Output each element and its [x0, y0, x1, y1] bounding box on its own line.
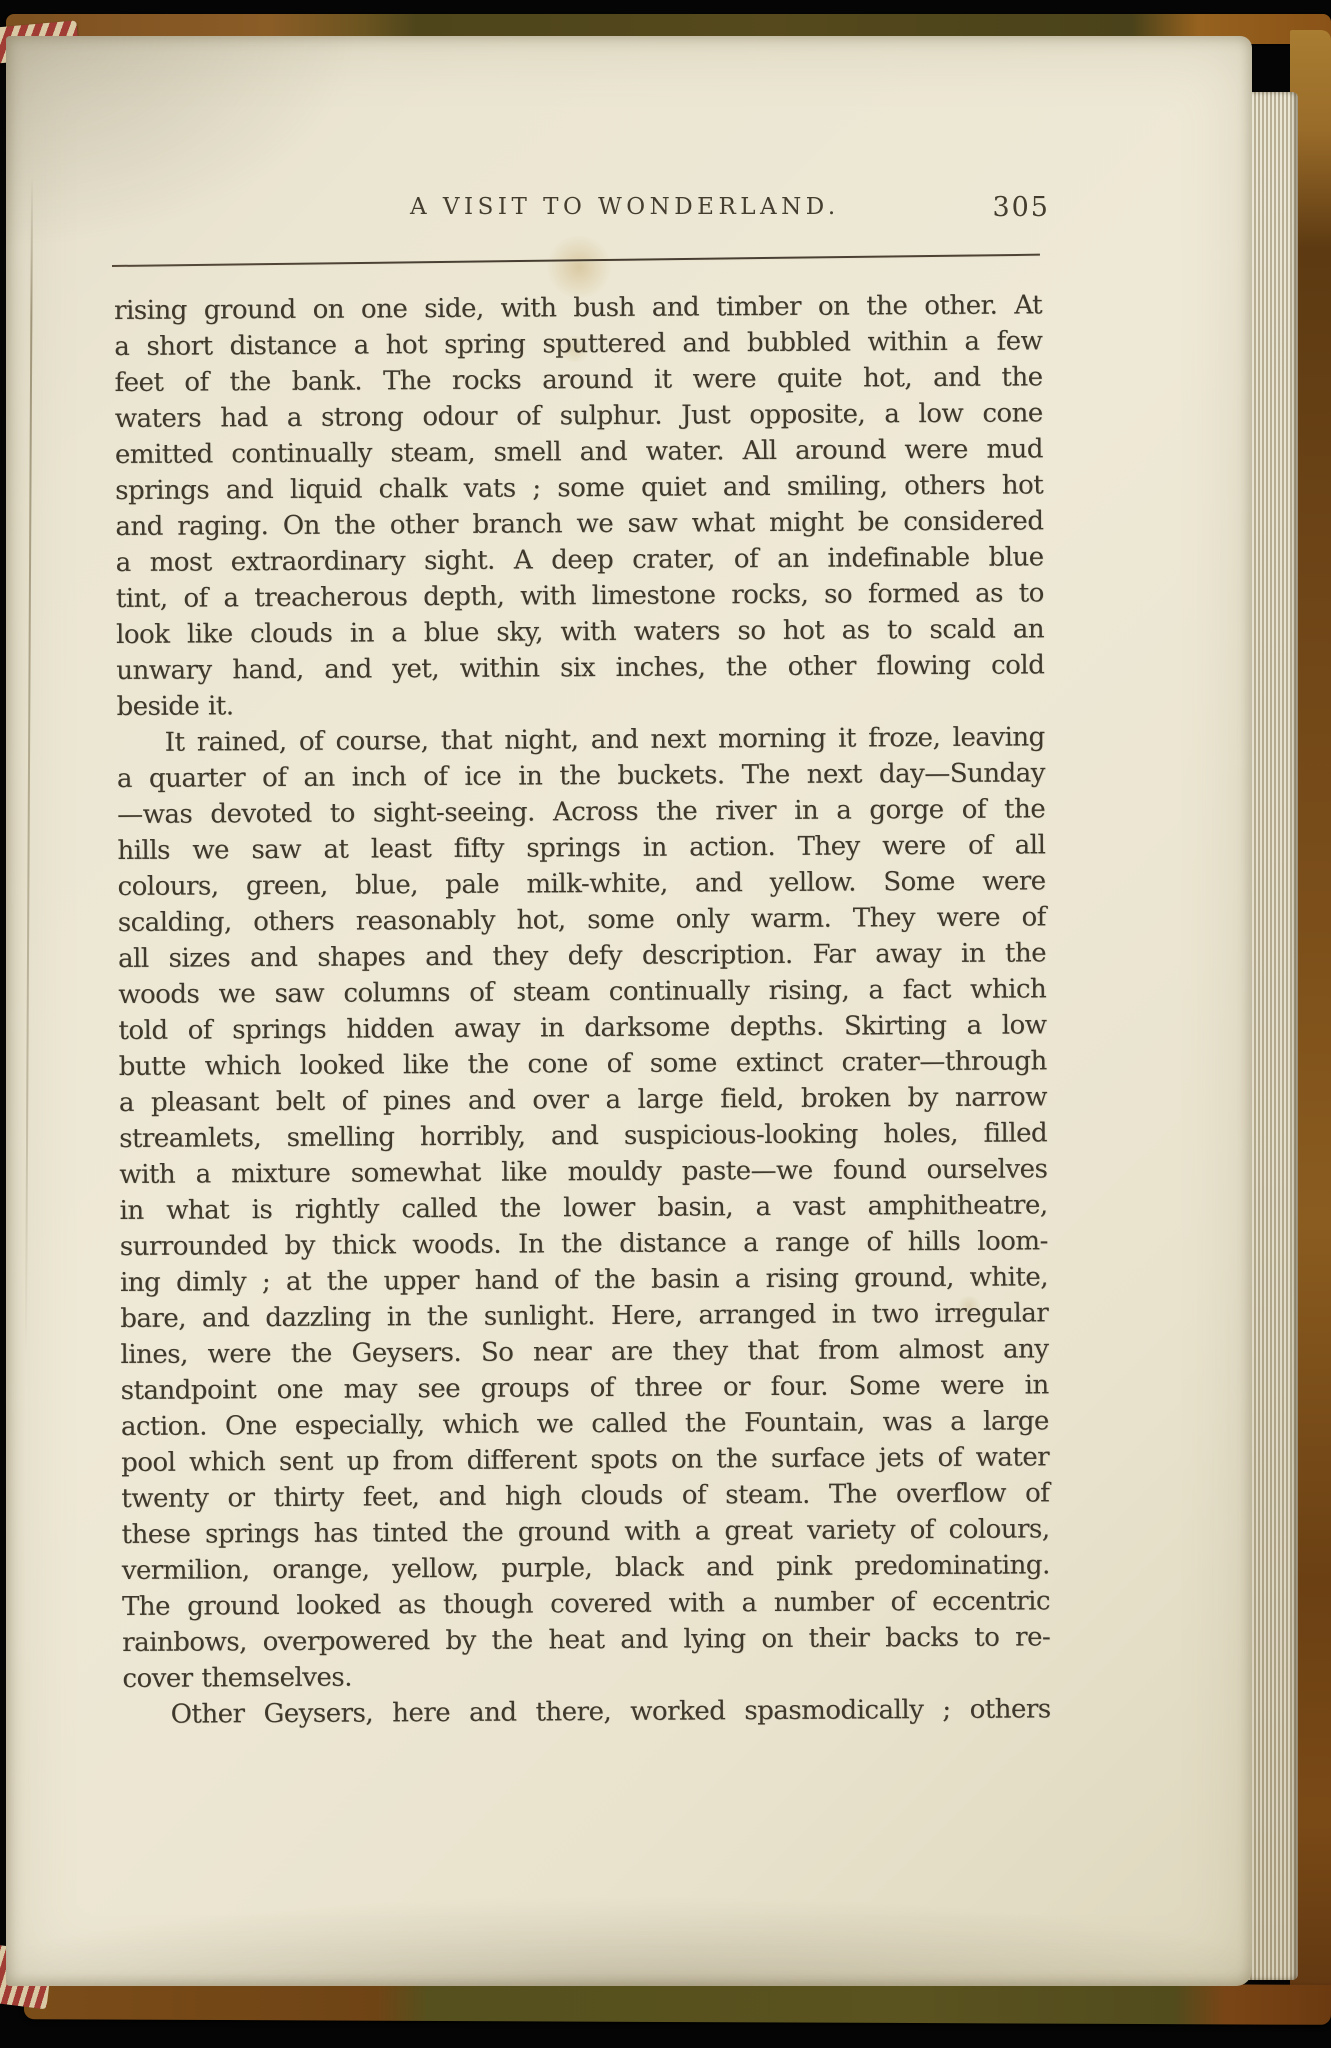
- body-text-line: lines, were the Geysers. So near are the…: [120, 1331, 1048, 1373]
- body-text-line: feet of the bank. The rocks around it we…: [114, 359, 1042, 401]
- book-page: A VISIT TO WONDERLAND. 305 rising ground…: [6, 36, 1252, 1986]
- body-text-line: a short distance a hot spring sputtered …: [114, 323, 1042, 365]
- body-text-line: a pleasant belt of pines and over a larg…: [119, 1079, 1047, 1121]
- page-body-text: rising ground on one side, with bush and…: [114, 287, 1051, 1733]
- body-text-line: scalding, others reasonably hot, some on…: [118, 899, 1046, 941]
- body-text-line: a most extraordinary sight. A deep crate…: [116, 539, 1044, 581]
- body-text-line: cover themselves.: [122, 1655, 1050, 1697]
- body-text-line: waters had a strong odour of sulphur. Ju…: [115, 395, 1043, 437]
- body-text-line: action. One especially, which we called …: [121, 1403, 1049, 1445]
- body-text-line: springs and liquid chalk vats ; some qui…: [115, 467, 1043, 509]
- body-text-line: tint, of a treacherous depth, with limes…: [116, 575, 1044, 617]
- body-text-line: in what is rightly called the lower basi…: [119, 1187, 1047, 1229]
- body-text-line: woods we saw columns of steam continuall…: [118, 971, 1046, 1013]
- body-text-line: surrounded by thick woods. In the distan…: [120, 1223, 1048, 1265]
- body-text-line: all sizes and shapes and they defy descr…: [118, 935, 1046, 977]
- body-text-line: a quarter of an inch of ice in the bucke…: [117, 755, 1045, 797]
- body-text-line: rainbows, overpowered by the heat and ly…: [122, 1619, 1050, 1661]
- body-text-line: ing dimly ; at the upper hand of the bas…: [120, 1259, 1048, 1301]
- page-crease-line: [25, 176, 33, 1356]
- book-cover-bottom-edge: [24, 1979, 1331, 2025]
- body-text-line: bare, and dazzling in the sunlight. Here…: [120, 1295, 1048, 1337]
- book-page-edge-stack: [1244, 92, 1298, 1980]
- body-text-line: rising ground on one side, with bush and…: [114, 287, 1042, 329]
- body-text-line: It rained, of course, that night, and ne…: [117, 719, 1045, 761]
- body-text-line: hills we saw at least fifty springs in a…: [117, 827, 1045, 869]
- body-text-line: twenty or thirty feet, and high clouds o…: [121, 1475, 1049, 1517]
- body-text-line: vermilion, orange, yellow, purple, black…: [122, 1547, 1050, 1589]
- page-stain: [544, 236, 614, 298]
- body-text-line: with a mixture somewhat like mouldy past…: [119, 1151, 1047, 1193]
- body-text-line: pool which sent up from different spots …: [121, 1439, 1049, 1481]
- body-text-line: The ground looked as though covered with…: [122, 1583, 1050, 1625]
- body-text-line: colours, green, blue, pale milk-white, a…: [118, 863, 1046, 905]
- running-title: A VISIT TO WONDERLAND.: [410, 194, 840, 220]
- body-text-line: unwary hand, and yet, within six inches,…: [116, 647, 1044, 689]
- body-text-line: these springs has tinted the ground with…: [121, 1511, 1049, 1553]
- body-text-line: —was devoted to sight-seeing. Across the…: [117, 791, 1045, 833]
- body-text-line: beside it.: [116, 683, 1044, 725]
- page-number: 305: [992, 192, 1050, 223]
- body-text-line: told of springs hidden away in darksome …: [118, 1007, 1046, 1049]
- body-text-line: standpoint one may see groups of three o…: [121, 1367, 1049, 1409]
- body-text-line: streamlets, smelling horribly, and suspi…: [119, 1115, 1047, 1157]
- body-text-line: emitted continually steam, smell and wat…: [115, 431, 1043, 473]
- body-text-line: and raging. On the other branch we saw w…: [115, 503, 1043, 545]
- body-text-line: look like clouds in a blue sky, with wat…: [116, 611, 1044, 653]
- body-text-line: Other Geysers, here and there, worked sp…: [123, 1691, 1051, 1733]
- body-text-line: butte which looked like the cone of some…: [119, 1043, 1047, 1085]
